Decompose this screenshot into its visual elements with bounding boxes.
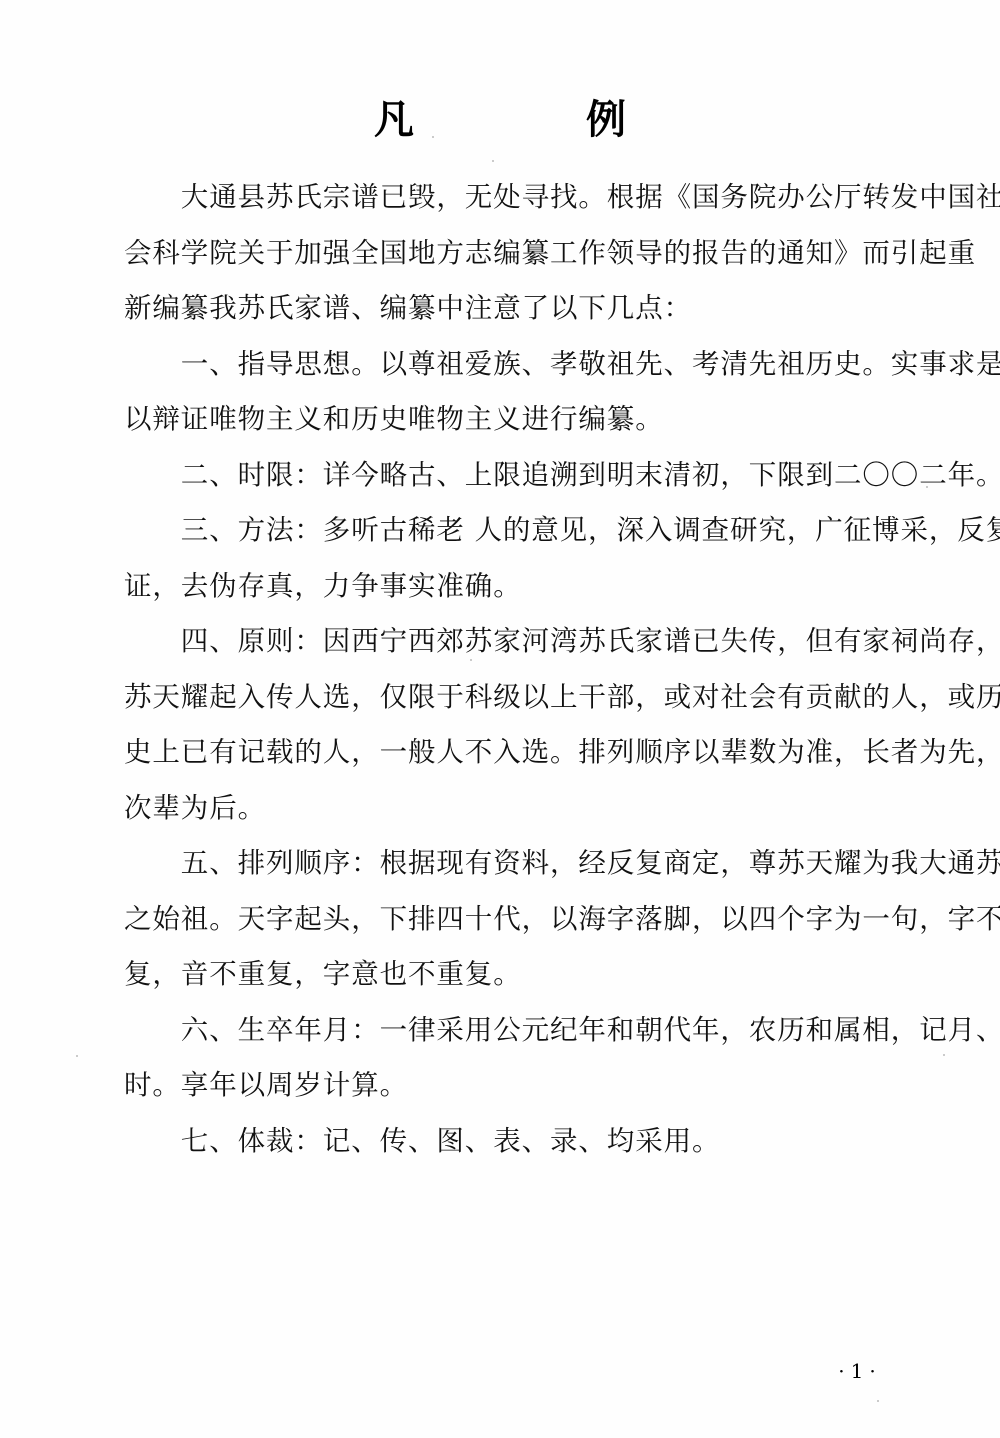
text-line: 大通县苏氏宗谱已毁，无处寻找。根据《国务院办公厅转发中国社 [68,170,910,226]
page-title: 凡 例 [0,96,1000,144]
text-line: 六、生卒年月：一律采用公元纪年和朝代年，农历和属相，记月、日、 [68,1003,910,1059]
scan-speck [432,136,434,138]
paragraph-item-7: 七、体裁：记、传、图、表、录、均采用。 [68,1114,910,1170]
paragraph-item-2: 二、时限：详今略古、上限追溯到明末清初，下限到二〇〇二年。 [68,448,910,504]
document-page: 凡 例 大通县苏氏宗谱已毁，无处寻找。根据《国务院办公厅转发中国社 会科学院关于… [0,0,1000,1438]
paragraph-item-4: 四、原则：因西宁西郊苏家河湾苏氏家谱已失传，但有家祠尚存，从 苏天耀起入传人选，… [68,614,910,836]
text-line: 苏天耀起入传人选，仅限于科级以上干部，或对社会有贡献的人，或历 [68,670,910,726]
scan-speck [877,1400,879,1402]
paragraph-item-1: 一、指导思想。以尊祖爱族、孝敬祖先、考清先祖历史。实事求是， 以辩证唯物主义和历… [68,337,910,448]
text-line: 二、时限：详今略古、上限追溯到明末清初，下限到二〇〇二年。 [68,448,910,504]
paragraph-item-3: 三、方法：多听古稀老 人的意见，深入调查研究，广征博采，反复辩 证，去伪存真，力… [68,503,910,614]
page-number: ·1· [830,1358,890,1384]
text-line: 新编纂我苏氏家谱、编纂中注意了以下几点： [68,281,910,337]
scan-speck [943,1054,945,1056]
text-line: 时。享年以周岁计算。 [68,1058,910,1114]
text-line: 一、指导思想。以尊祖爱族、孝敬祖先、考清先祖历史。实事求是， [68,337,910,393]
text-line: 五、排列顺序：根据现有资料，经反复商定，尊苏天耀为我大通苏氏 [68,836,910,892]
paragraph-intro: 大通县苏氏宗谱已毁，无处寻找。根据《国务院办公厅转发中国社 会科学院关于加强全国… [68,170,910,337]
scan-speck [383,408,385,410]
scan-speck [470,659,472,661]
text-line: 史上已有记载的人，一般人不入选。排列顺序以辈数为准，长者为先， [68,725,910,781]
text-line: 之始祖。天字起头，下排四十代，以海字落脚，以四个字为一句，字不重 [68,892,910,948]
text-line: 四、原则：因西宁西郊苏家河湾苏氏家谱已失传，但有家祠尚存，从 [68,614,910,670]
paragraph-item-5: 五、排列顺序：根据现有资料，经反复商定，尊苏天耀为我大通苏氏 之始祖。天字起头，… [68,836,910,1003]
scan-speck [492,160,494,162]
text-line: 七、体裁：记、传、图、表、录、均采用。 [68,1114,910,1170]
text-line: 次辈为后。 [68,781,910,837]
text-line: 以辩证唯物主义和历史唯物主义进行编纂。 [68,392,910,448]
document-body: 大通县苏氏宗谱已毁，无处寻找。根据《国务院办公厅转发中国社 会科学院关于加强全国… [68,170,910,1169]
scan-speck [926,486,928,488]
text-line: 证，去伪存真，力争事实准确。 [68,559,910,615]
paragraph-item-6: 六、生卒年月：一律采用公元纪年和朝代年，农历和属相，记月、日、 时。享年以周岁计… [68,1003,910,1114]
text-line: 复，音不重复，字意也不重复。 [68,947,910,1003]
scan-speck [76,1055,78,1057]
text-line: 三、方法：多听古稀老 人的意见，深入调查研究，广征博采，反复辩 [68,503,910,559]
text-line: 会科学院关于加强全国地方志编纂工作领导的报告的通知》而引起重 [68,226,910,282]
